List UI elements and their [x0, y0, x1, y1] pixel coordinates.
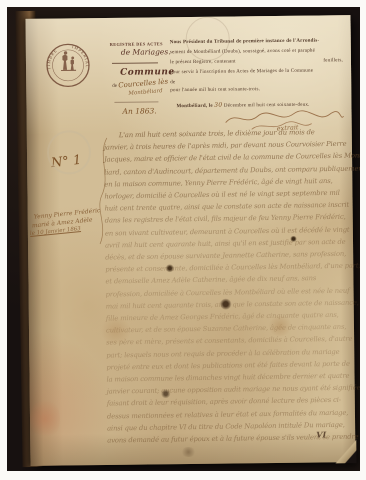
- year-annotation: An 1863.: [122, 106, 156, 115]
- handwriting-line: mai mil huit cent quarante trois, ainsi …: [106, 298, 359, 310]
- handwriting-line: huit cent trente quatre, ainsi que le co…: [105, 201, 350, 213]
- act-body-handwriting: L'an mil huit cent soixante trois, le di…: [25, 15, 350, 19]
- header-line-1-text: Nous Président du Tribunal de première i…: [170, 39, 320, 46]
- header-line-3: le présent Registre, contenant feuillets…: [170, 58, 343, 65]
- handwriting-line: fille mineure de Amez Georges Frédéric, …: [106, 311, 339, 323]
- photo-background: TIMBRE IMPERIAL REGISTRE DES ACTES de Ma…: [7, 7, 360, 471]
- handwriting-line: dans les registres de l'état civil, fils…: [105, 213, 346, 225]
- handwriting-line: janvier, à trois heures de l'après midi,…: [104, 140, 347, 152]
- divider-rule: [112, 62, 158, 64]
- handwriting-line: en la maison commune, Yenny Pierre Frédé…: [104, 177, 332, 189]
- handwriting-line: part; lesquels nous ont requis de procéd…: [106, 347, 339, 359]
- handwriting-line: ses père et mère, présents et consentant…: [106, 335, 352, 347]
- handwriting-line: la maison commune les dimanches vingt hu…: [107, 372, 350, 384]
- commune-de-label: de: [112, 84, 117, 89]
- handwriting-line: en son vivant cultivateur, demeurant à C…: [105, 225, 350, 237]
- chapter-vi-mark: VI: [316, 429, 326, 439]
- handwriting-line: ainsi que du chapitre VI du titre du Cod…: [107, 421, 345, 433]
- header-line-4: pour servir à l'inscription des Actes de…: [170, 69, 313, 76]
- divider-rule: [114, 101, 158, 102]
- handwriting-line: faisant droit à leur réquisition, après …: [107, 396, 341, 408]
- header-line-3b: feuillets,: [323, 58, 343, 63]
- worn-corner-fold: [326, 439, 356, 463]
- handwriting-line: dessus mentionnées et relatives à leur é…: [107, 408, 348, 420]
- handwriting-line: profession, domiciliée à Courcelles lès …: [106, 286, 350, 298]
- handwriting-line: L'an mil huit cent soixante trois, le di…: [119, 128, 315, 139]
- smudge-stain: [180, 447, 196, 457]
- red-stain: [30, 396, 60, 440]
- stamp-text-left: TIMBRE: [46, 48, 59, 71]
- handwriting-line: décès, et de son épouse survivante Jeann…: [105, 250, 346, 262]
- header-line-5: de: [170, 80, 175, 85]
- faded-ring-stain: [47, 130, 91, 174]
- stamp-figures: [61, 51, 76, 71]
- handwriting-line: horloger, domicilié à Courcelles où il e…: [104, 189, 339, 201]
- header-line-1: Nous Président du Tribunal de première i…: [170, 39, 320, 46]
- handwriting-line: présente et consentante, domiciliée à Co…: [105, 262, 360, 274]
- commune-label: Commune: [120, 67, 175, 78]
- handwriting-line: cultivateur, et de son épouse Suzanne Ca…: [106, 323, 346, 335]
- date-line-city: Montbéliard, le: [176, 104, 214, 109]
- registre-subtitle: de Mariages.: [121, 47, 171, 57]
- water-stain: [267, 316, 293, 336]
- scanned-register-page: TIMBRE IMPERIAL REGISTRE DES ACTES de Ma…: [0, 0, 366, 480]
- header-line-2: sement de Montbéliard (Doubs), soussigné…: [170, 49, 315, 56]
- timbre-imperial-stamp: TIMBRE IMPERIAL: [44, 41, 93, 90]
- svg-text:TIMBRE: TIMBRE: [46, 48, 59, 71]
- ink-stain: [290, 236, 297, 242]
- ink-stain: [165, 264, 174, 272]
- commune-name-handwritten-2: Montbéliard: [128, 88, 163, 97]
- handwriting-line: projeté entre eux et dont les publicatio…: [106, 359, 350, 371]
- handwriting-line: avril mil huit cent quarante huit, ainsi…: [105, 238, 346, 250]
- handwriting-line: et demoiselle Amez Adèle Catherine, âgée…: [105, 275, 316, 286]
- ink-stain: [161, 389, 171, 398]
- register-paper-page: TIMBRE IMPERIAL REGISTRE DES ACTES de Ma…: [25, 15, 355, 466]
- registre-title: REGISTRE DES ACTES: [110, 41, 163, 47]
- ink-stain: [220, 299, 232, 310]
- header-line-6: pour l'année mil huit cent soixante-troi…: [170, 87, 260, 93]
- handwriting-line: janvier courant; aucune opposition audit…: [107, 384, 360, 396]
- header-line-3a: le présent Registre, contenant: [170, 59, 236, 65]
- handwriting-line: liard, canton d'Audincourt, département …: [104, 164, 360, 176]
- handwriting-line: Jacques, maire et officier de l'état civ…: [104, 152, 360, 164]
